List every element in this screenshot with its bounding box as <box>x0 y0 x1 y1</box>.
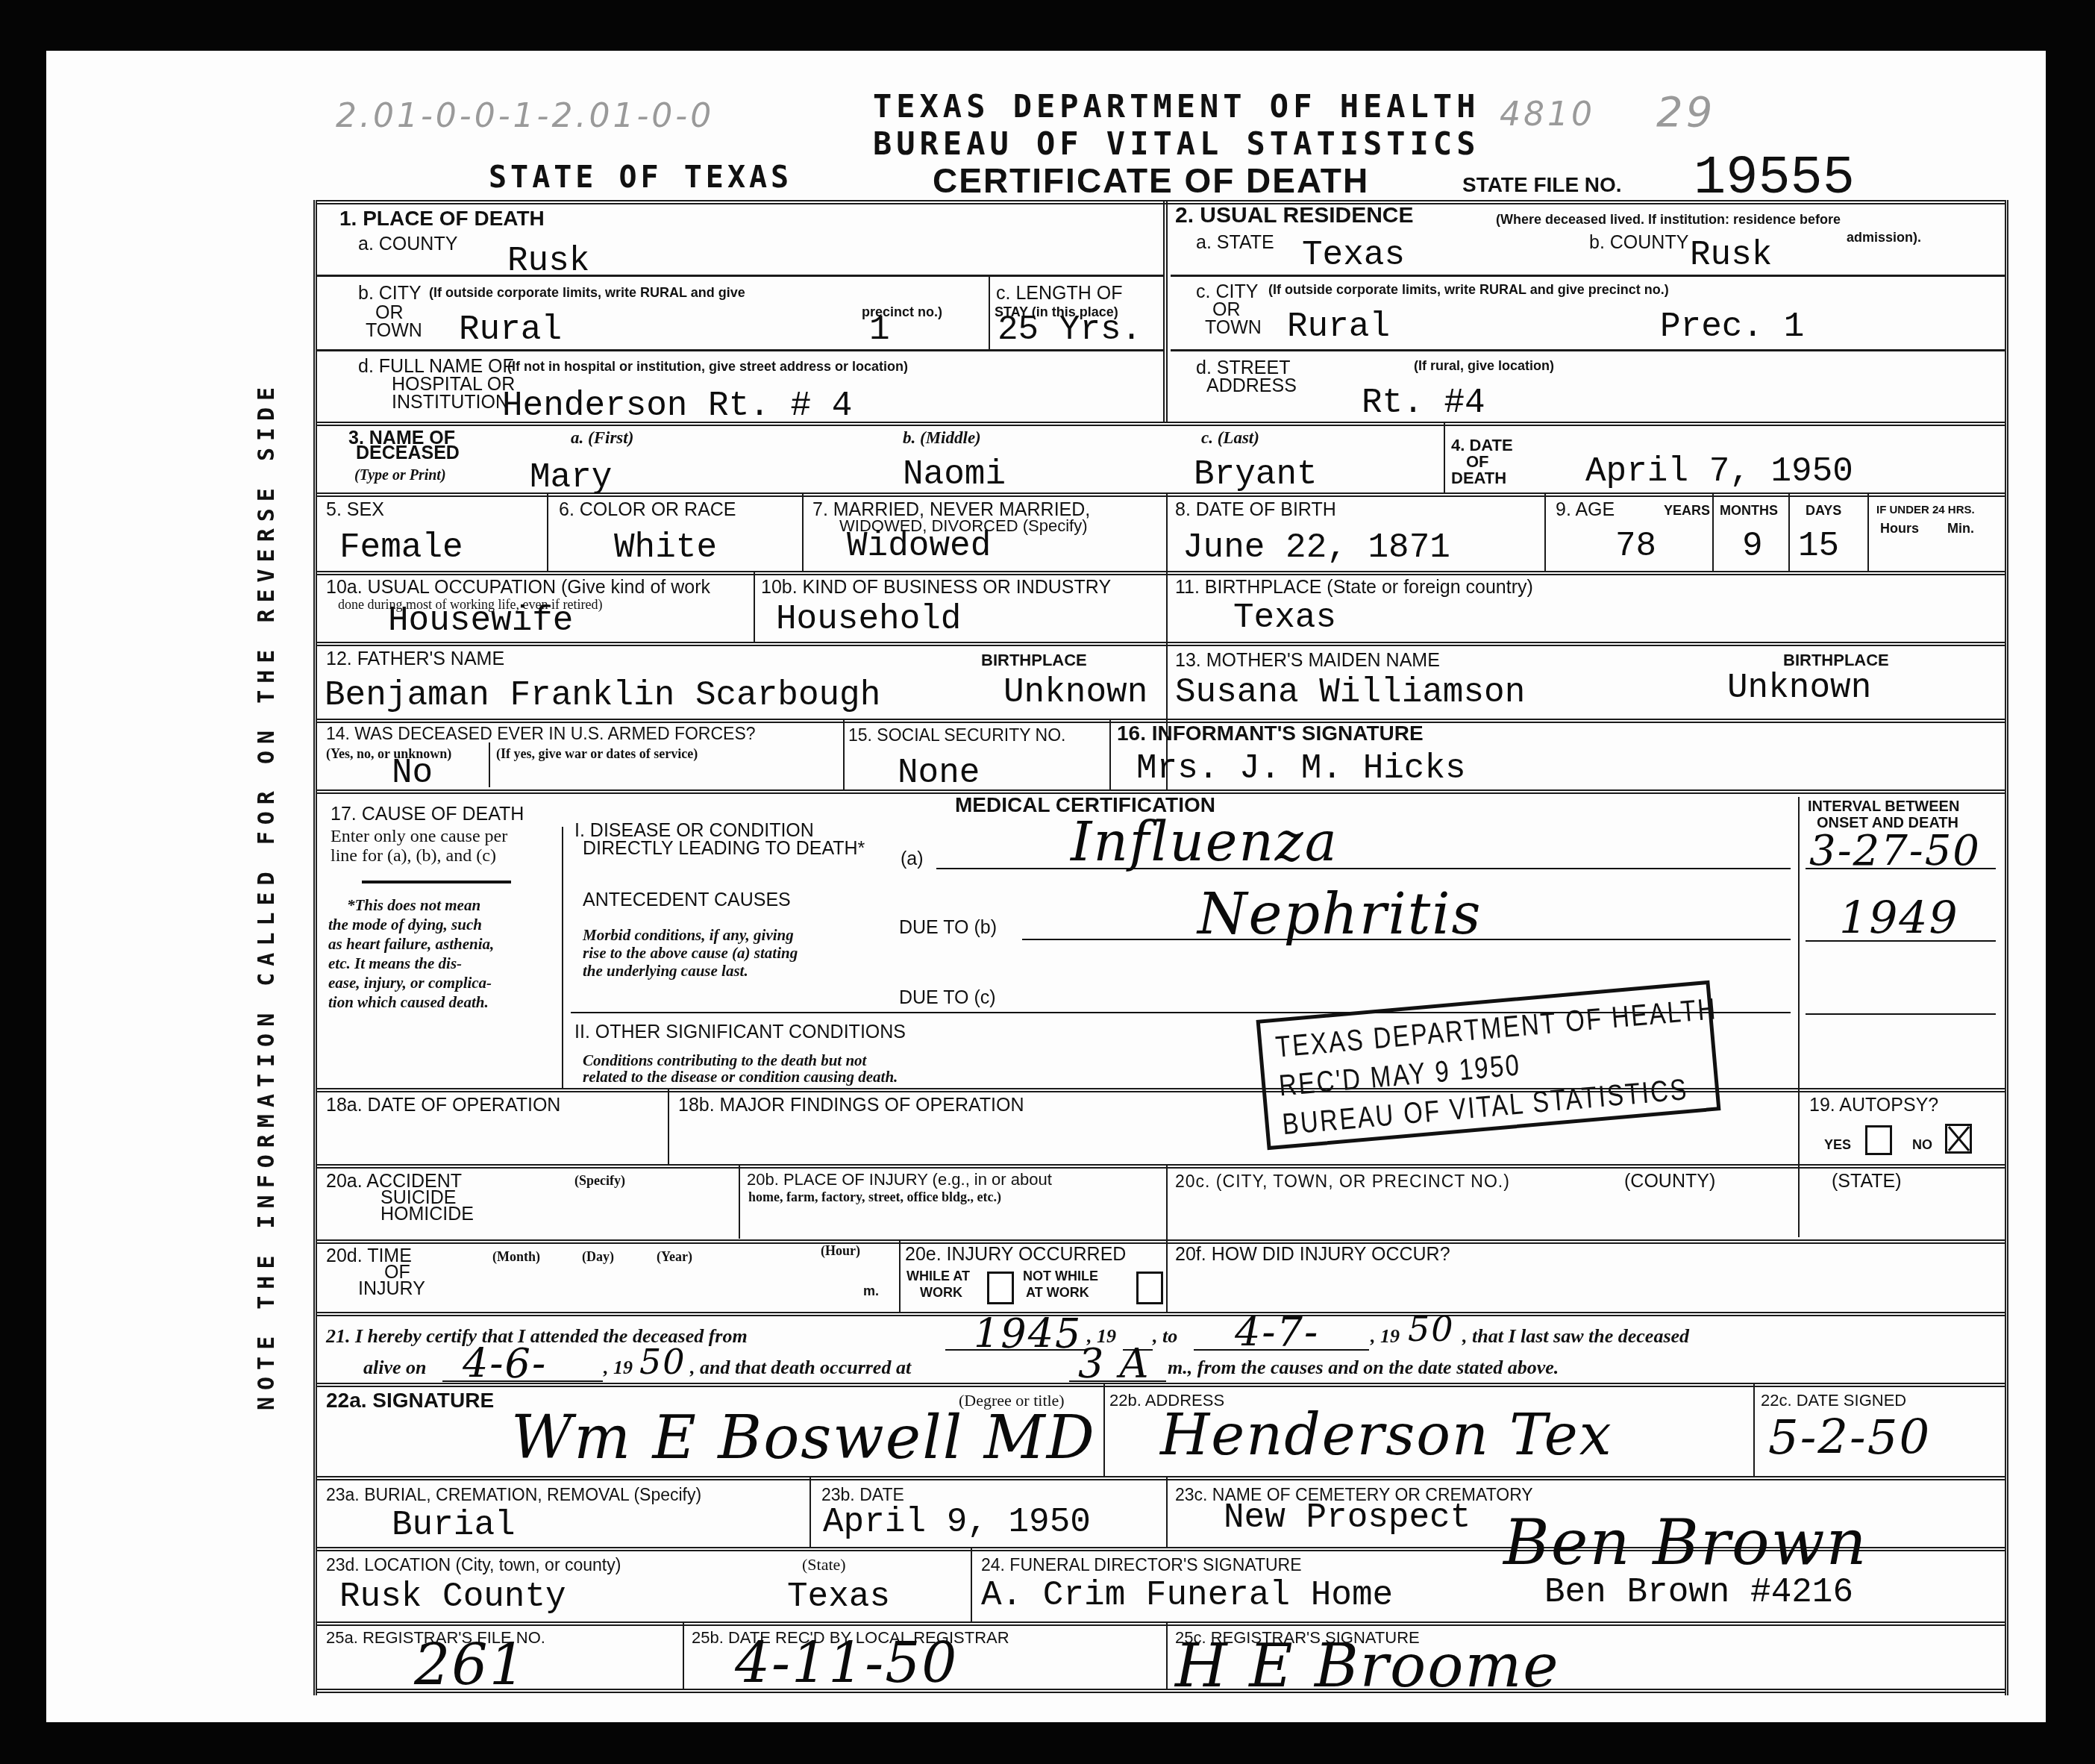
cause-heading: 17. CAUSE OF DEATH <box>331 804 524 824</box>
occupation-value: Housewife <box>388 603 573 639</box>
interval-b-value: 1949 <box>1839 892 1959 945</box>
pencil-ref-a: 4810 <box>1500 96 1595 134</box>
age-months-value: 9 <box>1742 528 1763 564</box>
cert-19b: , 19 <box>604 1358 633 1377</box>
res-city-note: (If outside corporate limits, write RURA… <box>1268 282 1669 297</box>
pencil-ref-b: 29 <box>1656 88 1715 137</box>
res-precinct-value: Prec. 1 <box>1660 309 1804 345</box>
street-note: (If rural, give location) <box>1414 358 1554 373</box>
months-label: MONTHS <box>1720 503 1778 518</box>
m-label: m. <box>863 1283 879 1298</box>
res-city-value: Rural <box>1287 309 1390 345</box>
physician-signature: Wm E Boswell MD <box>511 1403 1096 1472</box>
date-signed-label: 22c. DATE SIGNED <box>1761 1391 1906 1410</box>
street-label-2: ADDRESS <box>1206 376 1297 395</box>
name-label-2: DECEASED <box>356 443 460 463</box>
informant-label: 16. INFORMANT'S SIGNATURE <box>1117 724 1424 743</box>
location-value: Rusk County <box>339 1579 566 1615</box>
footnote-5: ease, injury, or complica- <box>328 973 492 992</box>
location-state-label: (State) <box>802 1555 846 1574</box>
ssn-value: None <box>898 755 980 791</box>
last-seen-value: 4-6- <box>463 1340 547 1387</box>
cert-text-2b: , and that death occurred at <box>690 1358 911 1377</box>
cause-a-label: (a) <box>901 849 924 869</box>
hospital-note: (If not in hospital or institution, give… <box>507 359 908 374</box>
occupation-label: 10a. USUAL OCCUPATION (Give kind of work <box>326 578 710 597</box>
place-of-death-heading: 1. PLACE OF DEATH <box>339 209 545 228</box>
footnote-6: tion which caused death. <box>328 992 489 1012</box>
injury-state-label: (STATE) <box>1832 1172 1902 1191</box>
agency-line-1: TEXAS DEPARTMENT OF HEALTH <box>873 88 1479 125</box>
res-state-label: a. STATE <box>1196 233 1274 252</box>
pod-county-label: a. COUNTY <box>358 234 457 254</box>
cause-b-value: Nephritis <box>1197 881 1482 947</box>
time-of-death-value: 3 A <box>1078 1340 1150 1387</box>
footnote-2: the mode of dying, such <box>328 915 482 934</box>
father-birthplace-label: BIRTHPLACE <box>981 651 1087 670</box>
middle-name-value: Naomi <box>903 457 1006 492</box>
injury-city-label: 20c. (CITY, TOWN, OR PRECINCT NO.) <box>1175 1172 1510 1191</box>
operation-findings-label: 18b. MAJOR FINDINGS OF OPERATION <box>678 1095 1024 1115</box>
father-value: Benjaman Franklin Scarbough <box>325 678 880 713</box>
age-years-value: 78 <box>1615 528 1656 564</box>
day-label: (Day) <box>582 1249 614 1264</box>
years-label: YEARS <box>1664 503 1710 518</box>
residence-note: (Where deceased lived. If institution: r… <box>1496 212 1841 227</box>
death-certificate-form: 1. PLACE OF DEATH a. COUNTY Rusk b. CITY… <box>313 200 2008 1695</box>
cert-text-2a: alive on <box>363 1358 427 1377</box>
autopsy-yes-label: YES <box>1824 1137 1851 1152</box>
informant-value: Mrs. J. M. Hicks <box>1136 751 1466 786</box>
footnote-4: etc. It means the dis- <box>328 954 462 973</box>
father-birthplace-value: Unknown <box>1003 675 1147 710</box>
due-to-b-label: DUE TO (b) <box>899 918 997 937</box>
month-label: (Month) <box>492 1249 540 1264</box>
cause-a-value: Influenza <box>1071 810 1338 873</box>
age-label: 9. AGE <box>1556 500 1615 519</box>
time-of-injury-injury: INJURY <box>358 1279 425 1298</box>
place-of-injury-label-2: home, farm, factory, street, office bldg… <box>748 1189 1001 1204</box>
antecedent-label: ANTECEDENT CAUSES <box>583 890 791 910</box>
sex-label: 5. SEX <box>326 500 384 519</box>
last-name-value: Bryant <box>1194 457 1318 492</box>
pencil-index-number: 2.01-0-0-1-2.01-0-0 <box>336 97 714 135</box>
pod-city-town: TOWN <box>366 321 422 340</box>
autopsy-yes-checkbox[interactable] <box>1865 1125 1892 1155</box>
disease-label-2: DIRECTLY LEADING TO DEATH* <box>583 839 865 858</box>
first-name-label: a. (First) <box>571 428 633 448</box>
cert-text-1c: , to <box>1153 1327 1177 1346</box>
pod-county-value: Rusk <box>507 243 589 279</box>
attended-to-value: 4-7- <box>1235 1309 1319 1356</box>
pod-precinct-value: 1 <box>869 312 890 348</box>
while-at-work-checkbox[interactable] <box>987 1272 1014 1304</box>
last-seen-year: 50 <box>639 1342 686 1382</box>
disposition-value: Burial <box>392 1507 516 1543</box>
funeral-director-label: 24. FUNERAL DIRECTOR'S SIGNATURE <box>981 1555 1302 1574</box>
certificate-title: CERTIFICATE OF DEATH <box>933 160 1369 201</box>
dob-label: 8. DATE OF BIRTH <box>1175 500 1336 519</box>
morbid-note-3: the underlying cause last. <box>583 961 748 980</box>
signature-label: 22a. SIGNATURE <box>326 1391 494 1410</box>
date-of-death-value: April 7, 1950 <box>1585 454 1853 490</box>
birthplace-label: 11. BIRTHPLACE (State or foreign country… <box>1175 578 1533 597</box>
res-county-value: Rusk <box>1690 237 1772 273</box>
not-while-at-work-checkbox[interactable] <box>1136 1272 1163 1304</box>
industry-label: 10b. KIND OF BUSINESS OR INDUSTRY <box>761 578 1111 597</box>
physician-address: Henderson Tex <box>1160 1401 1613 1468</box>
birthplace-value: Texas <box>1233 600 1336 636</box>
registrar-date-value: 4-11-50 <box>735 1631 958 1695</box>
marital-value: Widowed <box>847 528 991 564</box>
injury-occurred-label: 20e. INJURY OCCURRED <box>905 1245 1126 1264</box>
dob-value: June 22, 1871 <box>1183 530 1450 566</box>
other-note-2: related to the disease or condition caus… <box>583 1067 898 1086</box>
age-days-value: 15 <box>1798 528 1839 564</box>
father-label: 12. FATHER'S NAME <box>326 649 504 669</box>
res-county-label: b. COUNTY <box>1589 233 1688 252</box>
due-to-c-label: DUE TO (c) <box>899 988 996 1007</box>
funeral-director-signature: Ben Brown <box>1503 1506 1868 1579</box>
cause-instruction-1: Enter only one cause per <box>331 827 507 846</box>
location-label: 23d. LOCATION (City, town, or county) <box>326 1555 621 1574</box>
residence-note-2: admission). <box>1847 230 1921 245</box>
morbid-note-2: rise to the above cause (a) stating <box>583 943 798 963</box>
morbid-note-1: Morbid conditions, if any, giving <box>583 925 794 945</box>
mother-label: 13. MOTHER'S MAIDEN NAME <box>1175 651 1440 670</box>
funeral-home-value: A. Crim Funeral Home <box>981 1577 1393 1613</box>
operation-date-label: 18a. DATE OF OPERATION <box>326 1095 560 1115</box>
dod-label-3: DEATH <box>1451 469 1506 488</box>
armed-forces-label: 14. WAS DECEASED EVER IN U.S. ARMED FORC… <box>326 724 756 743</box>
state-label: STATE OF TEXAS <box>489 160 792 195</box>
footnote-1: *This does not mean <box>347 895 480 915</box>
stay-value: 25 Yrs. <box>998 312 1142 348</box>
autopsy-no-checkbox-checked[interactable] <box>1945 1124 1972 1154</box>
under-24-label: IF UNDER 24 HRS. <box>1876 503 1975 518</box>
sex-value: Female <box>339 530 463 566</box>
how-injury-label: 20f. HOW DID INJURY OCCUR? <box>1175 1245 1450 1264</box>
state-file-label: STATE FILE NO. <box>1462 173 1622 197</box>
footnote-3: as heart failure, asthenia, <box>328 934 494 954</box>
armed-forces-value: No <box>392 755 433 791</box>
mother-value: Susana Williamson <box>1175 675 1525 710</box>
homicide-label: HOMICIDE <box>381 1204 474 1224</box>
cert-text-2c: m., from the causes and on the date stat… <box>1168 1358 1559 1377</box>
pod-city-note: (If outside corporate limits, write RURA… <box>429 285 745 300</box>
burial-date-label: 23b. DATE <box>821 1485 904 1504</box>
cert-text-1d: , that I last saw the deceased <box>1462 1327 1689 1346</box>
attended-to-year: 50 <box>1408 1309 1455 1349</box>
stay-label: c. LENGTH OF <box>996 284 1122 303</box>
not-while-at-work-label-2: AT WORK <box>1026 1285 1089 1300</box>
name-label-3: (Type or Print) <box>354 466 446 485</box>
last-name-label: c. (Last) <box>1201 428 1259 448</box>
min-label: Min. <box>1947 521 1974 536</box>
industry-value: Household <box>776 601 961 637</box>
autopsy-label: 19. AUTOPSY? <box>1809 1095 1938 1115</box>
agency-line-2: BUREAU OF VITAL STATISTICS <box>873 125 1479 162</box>
ssn-label: 15. SOCIAL SECURITY NO. <box>848 725 1065 745</box>
place-of-injury-label: 20b. PLACE OF INJURY (e.g., in or about <box>747 1170 1052 1189</box>
funeral-director-typed: Ben Brown #4216 <box>1544 1574 1853 1610</box>
year-label: (Year) <box>657 1249 692 1264</box>
hospital-label-3: INSTITUTION <box>392 392 509 412</box>
registrar-signature: H E Broome <box>1175 1631 1560 1701</box>
mother-birthplace-value: Unknown <box>1727 670 1871 706</box>
armed-sub-label-2: (If yes, give war or dates of service) <box>496 746 698 761</box>
disposition-label: 23a. BURIAL, CREMATION, REMOVAL (Specify… <box>326 1485 701 1504</box>
pod-city-value: Rural <box>459 312 562 348</box>
autopsy-no-label: NO <box>1912 1137 1932 1152</box>
hour-label: (Hour) <box>821 1243 860 1258</box>
burial-date-value: April 9, 1950 <box>823 1504 1091 1540</box>
registrar-file-value: 261 <box>414 1631 527 1698</box>
race-label: 6. COLOR OR RACE <box>559 500 736 519</box>
mother-birthplace-label: BIRTHPLACE <box>1783 651 1889 670</box>
while-at-work-label: WHILE AT <box>906 1269 970 1283</box>
race-value: White <box>614 530 717 566</box>
first-name-value: Mary <box>530 460 612 495</box>
reverse-side-note: NOTE THE INFORMATION CALLED FOR ON THE R… <box>254 381 280 1410</box>
location-state-value: Texas <box>787 1579 890 1615</box>
res-city-town: TOWN <box>1205 318 1262 337</box>
cemetery-value: New Prospect <box>1224 1500 1471 1536</box>
hours-label: Hours <box>1880 521 1919 536</box>
cause-instruction-2: line for (a), (b), and (c) <box>331 846 496 866</box>
street-value: Rt. #4 <box>1362 385 1485 421</box>
injury-county-label: (COUNTY) <box>1624 1172 1715 1191</box>
while-at-work-label-2: WORK <box>920 1285 962 1300</box>
attended-from-value: 1945 <box>974 1310 1082 1357</box>
cert-19: , 19 <box>1371 1327 1400 1346</box>
middle-name-label: b. (Middle) <box>903 428 981 448</box>
residence-heading: 2. USUAL RESIDENCE <box>1175 206 1414 225</box>
days-label: DAYS <box>1806 503 1841 518</box>
res-state-value: Texas <box>1302 237 1405 273</box>
hospital-value: Henderson Rt. # 4 <box>502 388 852 424</box>
pod-city-label: b. CITY <box>358 284 422 303</box>
other-conditions-label: II. OTHER SIGNIFICANT CONDITIONS <box>574 1022 906 1042</box>
date-signed-value: 5-2-50 <box>1768 1410 1931 1466</box>
not-while-at-work-label: NOT WHILE <box>1023 1269 1098 1283</box>
specify-label: (Specify) <box>574 1173 625 1188</box>
